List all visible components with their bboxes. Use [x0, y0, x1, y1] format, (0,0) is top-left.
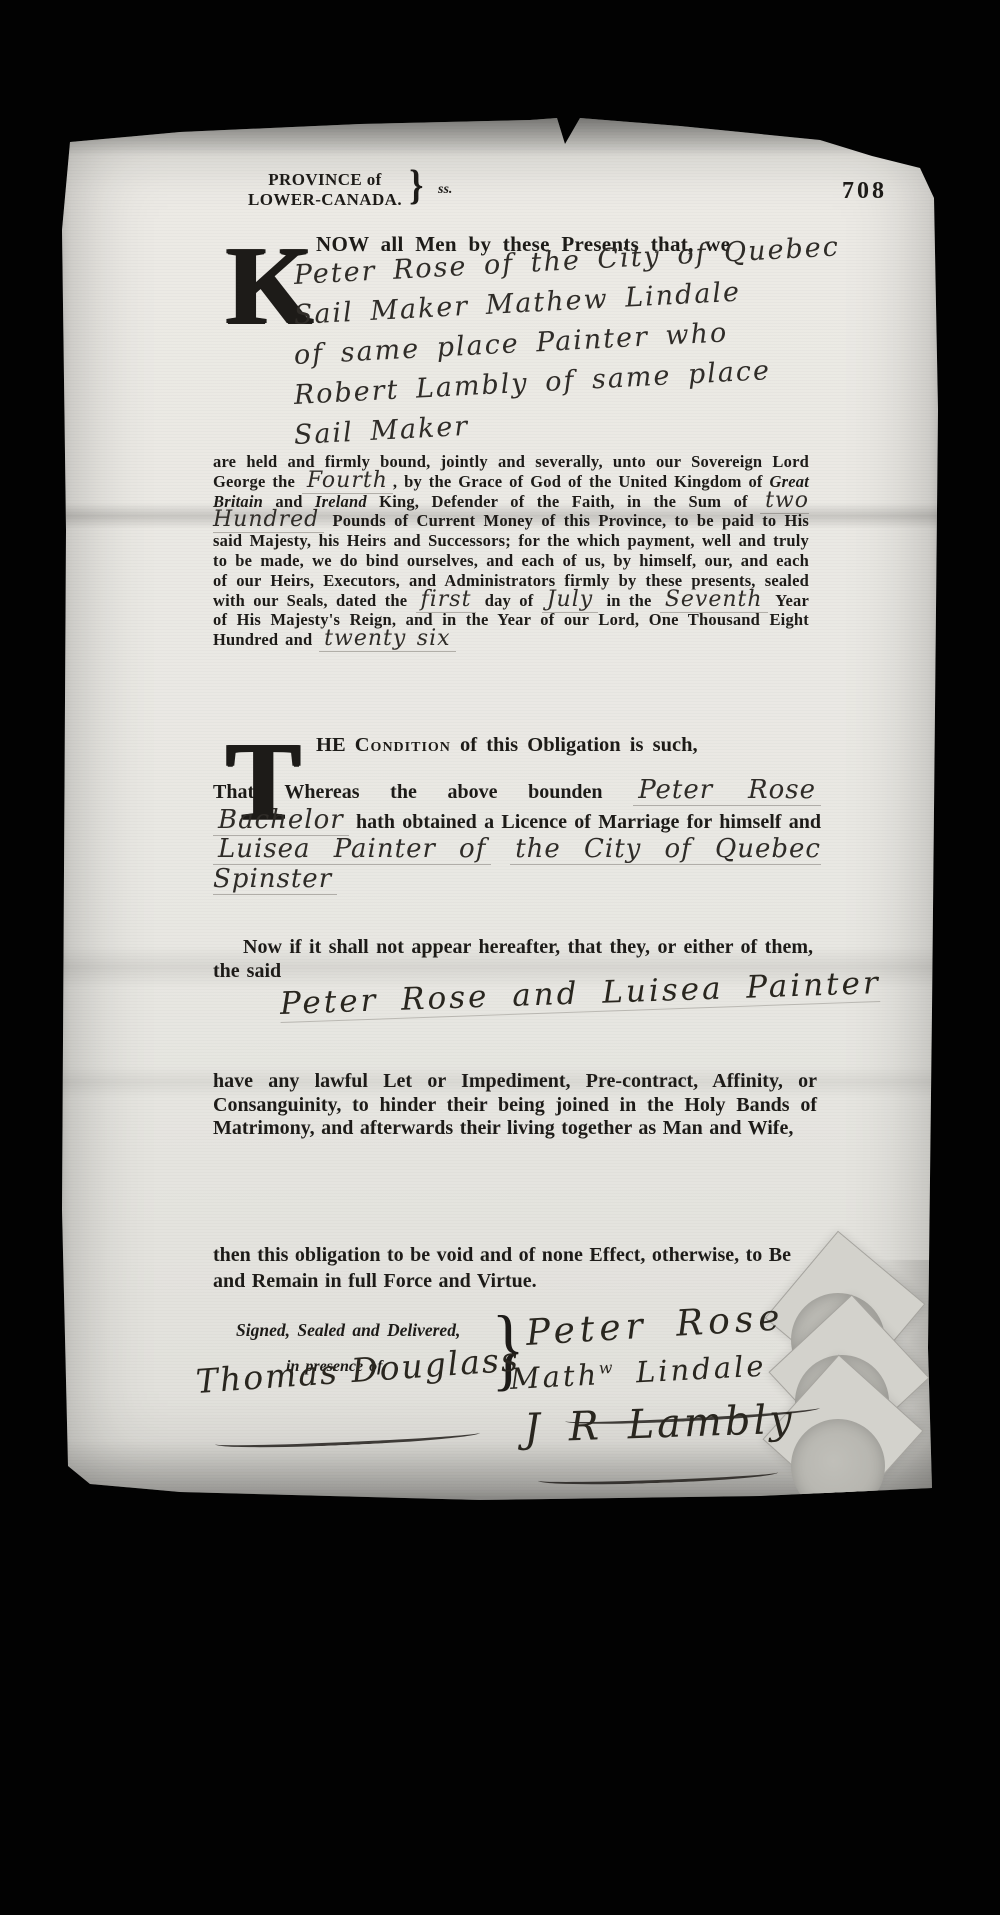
void-clause: then this obligation to be void and of n…	[213, 1242, 829, 1294]
condition-smallcaps: Condition	[355, 734, 451, 756]
province-heading: PROVINCE of LOWER-CANADA.	[237, 170, 413, 210]
handwritten-parties: Peter Rose of the City of QuebecSail Mak…	[295, 256, 855, 456]
printed-text: That Whereas the above bounden	[213, 781, 633, 803]
printed-text: day of	[476, 591, 541, 610]
handwritten-fill-in: Luisea Painter of	[213, 834, 491, 865]
header-brace: }	[409, 162, 423, 210]
signature-superscript: w	[598, 1358, 616, 1378]
handwritten-fill-in: July	[542, 587, 598, 613]
printed-text: in the	[598, 591, 660, 610]
printed-text: hath obtained a Licence of Marriage for …	[349, 811, 821, 833]
signature-part: Lindale	[615, 1349, 767, 1391]
document-page: PROVINCE of LOWER-CANADA. } ss. 708 K NO…	[60, 110, 940, 1500]
witness-signature: Thomas Douglass	[195, 1339, 521, 1401]
handwritten-fill-in: Fourth	[302, 468, 393, 494]
bond-paragraph: are held and firmly bound, jointly and s…	[213, 452, 809, 650]
scanned-document-background: PROVINCE of LOWER-CANADA. } ss. 708 K NO…	[0, 0, 1000, 1915]
handwritten-fill-in: Seventh	[660, 587, 768, 613]
signature-flourish	[215, 1426, 480, 1451]
condition-heading: HE Condition of this Obligation is such,	[316, 734, 876, 757]
wafer-seal-impression	[791, 1419, 885, 1513]
printed-text: King, Defender of the Faith, in the Sum …	[367, 492, 760, 511]
condition-post: of this Obligation is such,	[451, 734, 698, 756]
signature-mathew-lindale: Mathw Lindale	[509, 1349, 767, 1396]
handwritten-fill-in: twenty six	[319, 626, 455, 652]
printed-text	[491, 840, 510, 862]
province-line2: LOWER-CANADA.	[237, 190, 413, 210]
ss-abbreviation: ss.	[438, 182, 452, 198]
signed-sealed-label: Signed, Sealed and Delivered,	[236, 1320, 460, 1341]
scan-shadow-top	[60, 110, 940, 156]
province-line1: PROVINCE of	[237, 170, 413, 190]
signature-part: Math	[509, 1357, 600, 1396]
signature-peter-rose: Peter Rose	[525, 1297, 786, 1354]
handwritten-fill-in: Peter Rose	[633, 775, 821, 806]
handwritten-fill-in: first	[416, 587, 477, 613]
signature-jr-lambly: J R Lambly	[523, 1397, 795, 1452]
whereas-paragraph: That Whereas the above bounden Peter Ros…	[213, 778, 821, 896]
page-number: 708	[842, 178, 887, 205]
handwritten-fill-in: Bachelor	[213, 805, 349, 836]
signature-flourish	[538, 1466, 778, 1487]
printed-text: , by the Grace of God of the United King…	[393, 472, 770, 491]
condition-pre: HE	[316, 734, 355, 756]
impediment-clause: have any lawful Let or Impediment, Pre-c…	[213, 1070, 817, 1141]
